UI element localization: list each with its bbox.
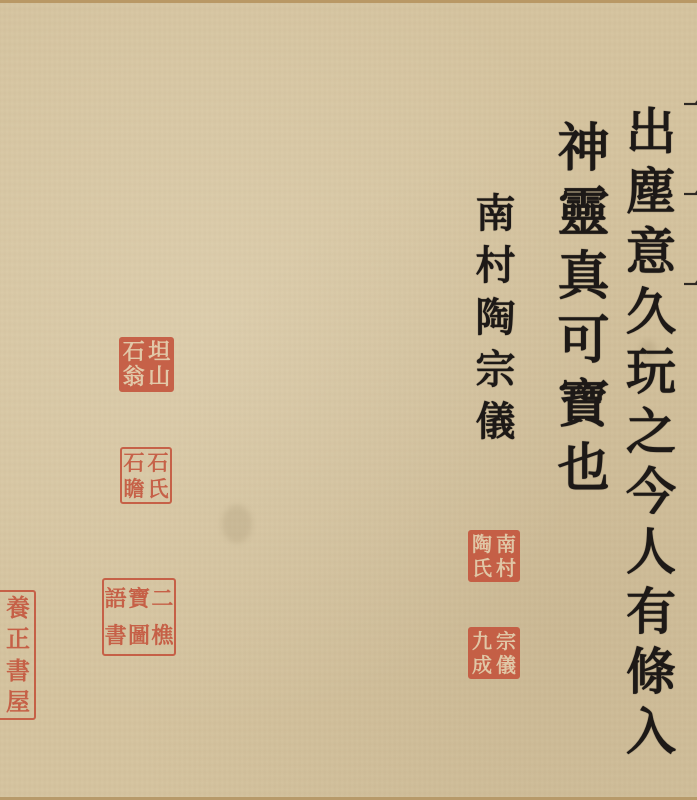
- seal-char: 樵: [151, 617, 174, 654]
- scroll-top-edge: [0, 0, 697, 3]
- seal-char: 成: [470, 653, 494, 677]
- seal-char: 村: [494, 556, 518, 580]
- seal-stamp: 石 坦 翁 山: [119, 337, 174, 392]
- seal-char: 石: [121, 339, 147, 365]
- seal-char: 圖: [127, 617, 150, 654]
- seal-char: 氏: [470, 556, 494, 580]
- paper-stain: [222, 505, 252, 543]
- seal-char: 養: [0, 592, 34, 624]
- calligraphy-edge-fragment: 一一一: [684, 90, 697, 360]
- seal-char: 南: [494, 532, 518, 556]
- seal-char: 九: [470, 629, 494, 653]
- calligraphy-column-1: 出塵意久玩之今人有條入: [622, 105, 672, 765]
- seal-char: 宗: [494, 629, 518, 653]
- seal-stamp: 陶 南 氏 村: [468, 530, 520, 582]
- seal-char: 書: [104, 617, 127, 654]
- seal-char: 石: [146, 449, 170, 476]
- seal-char: 翁: [121, 365, 147, 391]
- seal-stamp: 九 宗 成 儀: [468, 627, 520, 679]
- seal-char: 瞻: [122, 476, 146, 503]
- seal-char: 陶: [470, 532, 494, 556]
- seal-char: 寶: [127, 580, 150, 617]
- seal-char: 正: [0, 624, 34, 656]
- seal-char: 石: [122, 449, 146, 476]
- seal-char: 語: [104, 580, 127, 617]
- seal-char: 山: [147, 365, 173, 391]
- seal-stamp: 語 寶 二 書 圖 樵: [102, 578, 176, 656]
- seal-char: 坦: [147, 339, 173, 365]
- artist-signature: 南村陶宗儀: [472, 192, 512, 452]
- seal-char: 書: [0, 655, 34, 687]
- seal-char: 氏: [146, 476, 170, 503]
- calligraphy-column-2: 神靈真可寶也: [552, 120, 604, 504]
- seal-char: 屋: [0, 687, 34, 719]
- seal-stamp: 石 石 瞻 氏: [120, 447, 172, 504]
- seal-char: 二: [151, 580, 174, 617]
- seal-char: 儀: [494, 653, 518, 677]
- seal-stamp: 養 正 書 屋: [0, 590, 36, 720]
